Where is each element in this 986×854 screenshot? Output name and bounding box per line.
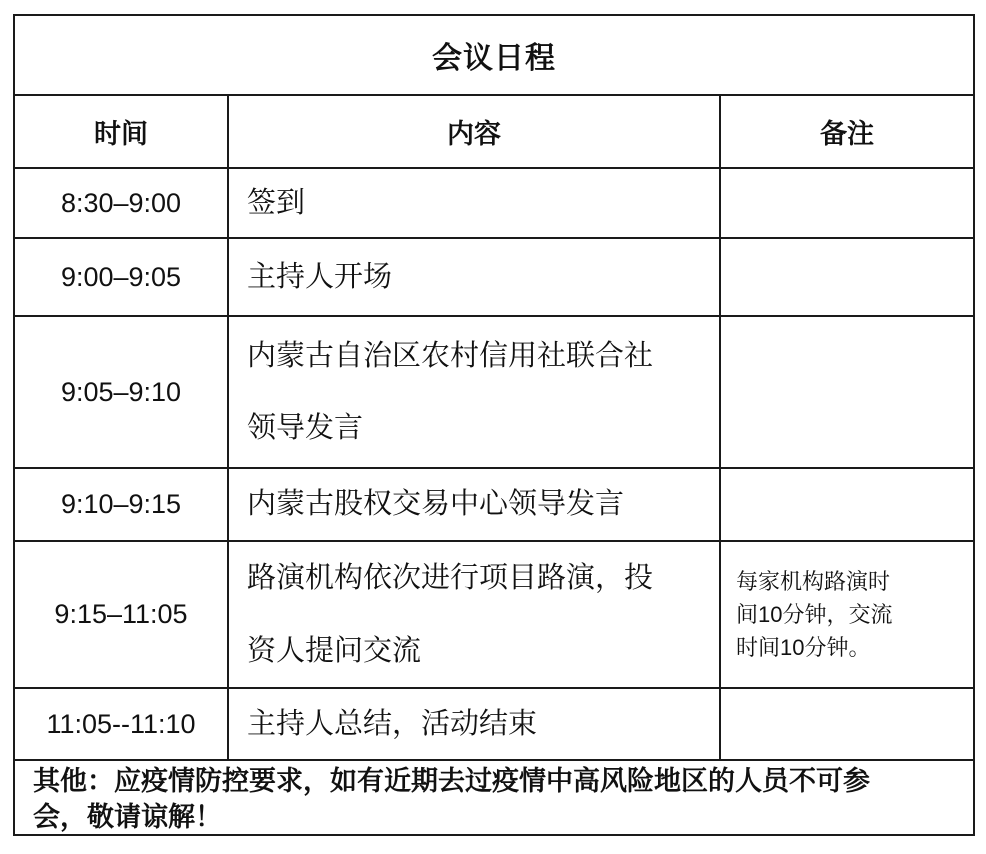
content-cell: 内蒙古股权交易中心领导发言	[227, 469, 719, 540]
time-cell: 11:05--11:10	[15, 689, 227, 759]
page: 会议日程 时间 内容 备注 8:30–9:00 签到 9:00–9:05 主持人…	[0, 0, 986, 854]
time-cell: 9:05–9:10	[15, 317, 227, 467]
time-cell: 9:00–9:05	[15, 239, 227, 315]
title-row: 会议日程	[15, 16, 973, 94]
remark-cell	[719, 689, 973, 759]
content-cell: 内蒙古自治区农村信用社联合社 领导发言	[227, 317, 719, 467]
table-row: 9:00–9:05 主持人开场	[15, 237, 973, 315]
agenda-table: 会议日程 时间 内容 备注 8:30–9:00 签到 9:00–9:05 主持人…	[13, 14, 975, 836]
remark-cell	[719, 239, 973, 315]
remark-cell: 每家机构路演时 间10分钟，交流 时间10分钟。	[719, 542, 973, 687]
table-row: 9:15–11:05 路演机构依次进行项目路演，投 资人提问交流 每家机构路演时…	[15, 540, 973, 687]
column-header-time: 时间	[15, 96, 227, 167]
content-cell: 主持人开场	[227, 239, 719, 315]
table-row: 11:05--11:10 主持人总结，活动结束	[15, 687, 973, 759]
table-footer-note: 其他：应疫情防控要求，如有近期去过疫情中高风险地区的人员不可参 会，敬请谅解！	[15, 761, 973, 838]
table-row: 9:10–9:15 内蒙古股权交易中心领导发言	[15, 467, 973, 540]
time-cell: 8:30–9:00	[15, 169, 227, 237]
column-header-remark: 备注	[719, 96, 973, 167]
remark-cell	[719, 469, 973, 540]
content-cell: 路演机构依次进行项目路演，投 资人提问交流	[227, 542, 719, 687]
time-cell: 9:10–9:15	[15, 469, 227, 540]
remark-cell	[719, 317, 973, 467]
content-cell: 主持人总结，活动结束	[227, 689, 719, 759]
footer-row: 其他：应疫情防控要求，如有近期去过疫情中高风险地区的人员不可参 会，敬请谅解！	[15, 759, 973, 838]
table-row: 8:30–9:00 签到	[15, 167, 973, 237]
remark-cell	[719, 169, 973, 237]
table-title: 会议日程	[15, 16, 973, 94]
column-header-content: 内容	[227, 96, 719, 167]
time-cell: 9:15–11:05	[15, 542, 227, 687]
header-row: 时间 内容 备注	[15, 94, 973, 167]
content-cell: 签到	[227, 169, 719, 237]
table-row: 9:05–9:10 内蒙古自治区农村信用社联合社 领导发言	[15, 315, 973, 467]
